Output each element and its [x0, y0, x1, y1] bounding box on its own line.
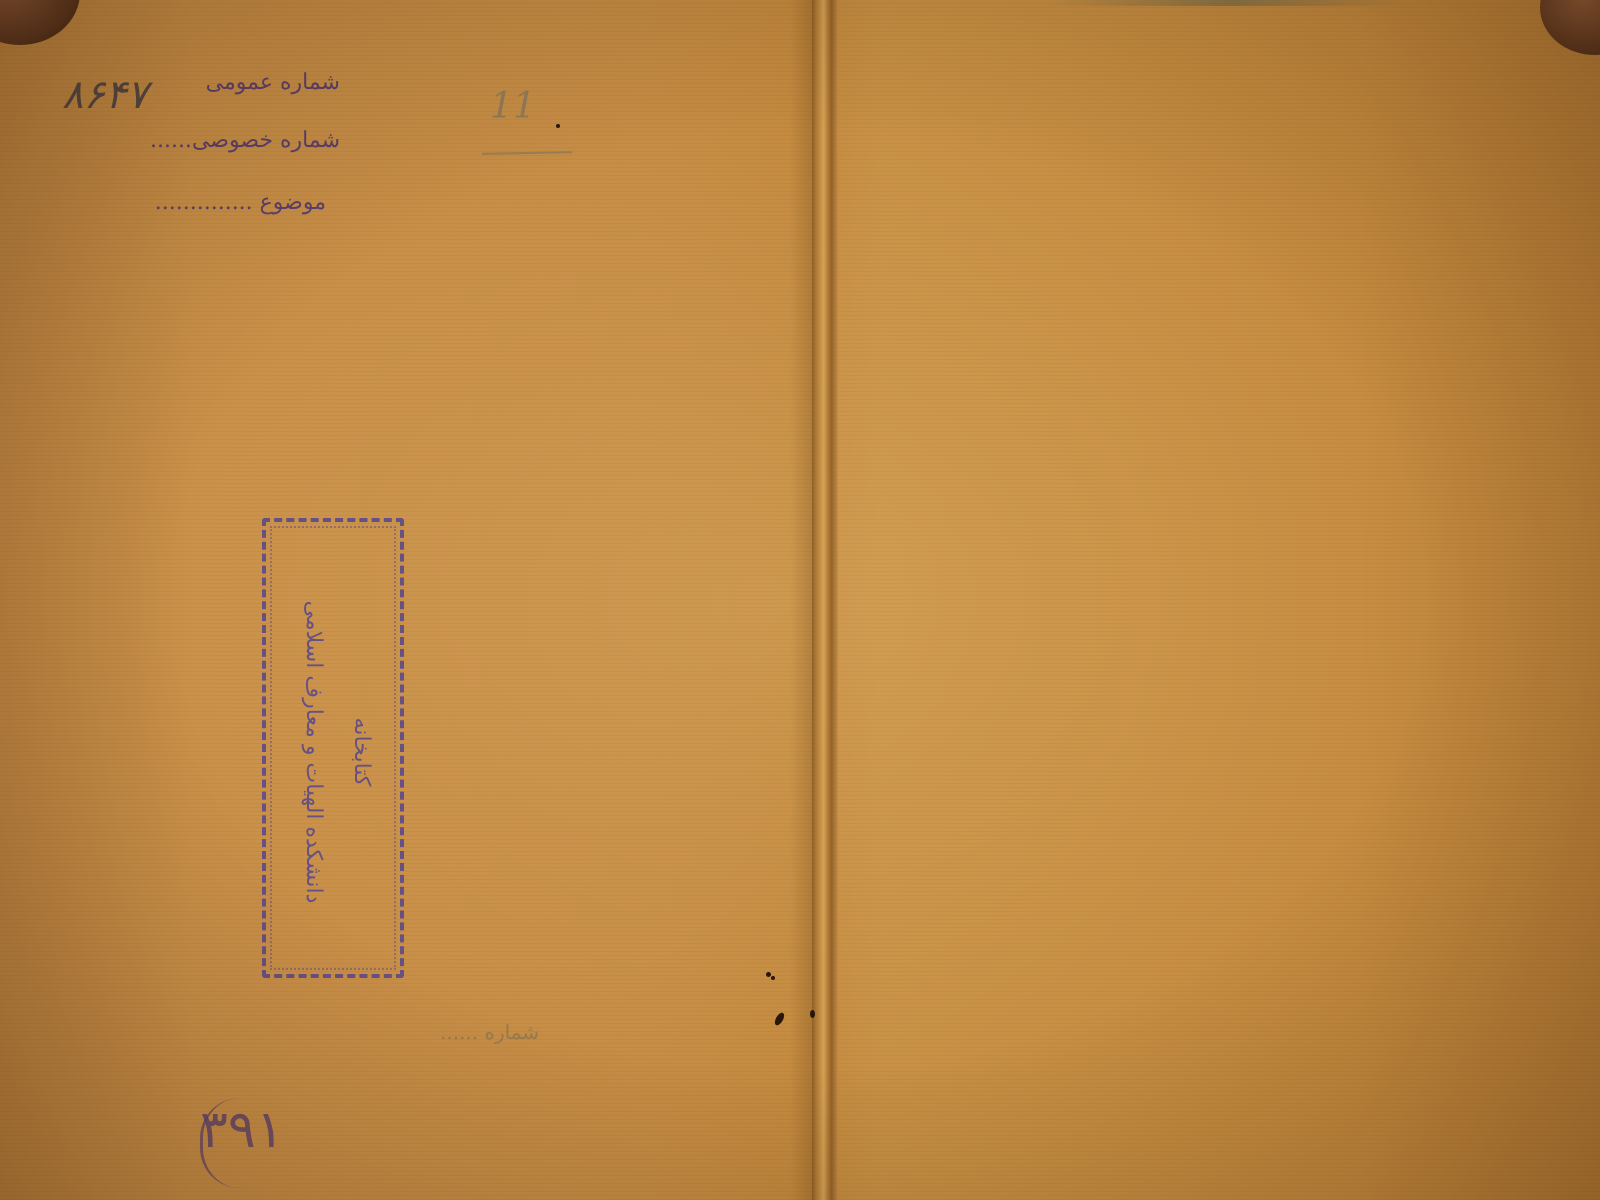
gutter-shadow [790, 0, 814, 1200]
stamp-line-library: کتابخانه [337, 718, 385, 787]
faint-show-through-lower: شماره ...... [440, 1020, 539, 1044]
top-edge-strip [1050, 0, 1410, 6]
ink-speck [773, 1011, 786, 1027]
subject-label: موضوع .............. [108, 190, 326, 215]
thumb-top-left [0, 0, 80, 45]
library-stamp: کتابخانه دانشکده الهیات و معارف اسلامی [262, 518, 404, 978]
bottom-handwritten-number: ۳۹۱ [200, 1100, 284, 1160]
left-page: شماره عمومی ۸۶۴۷ شماره خصوصی...... موضوع… [0, 0, 818, 1200]
stamp-line-faculty: دانشکده الهیات و معارف اسلامی [289, 601, 337, 904]
private-number-text: شماره خصوصی [192, 128, 340, 153]
private-number-label: شماره خصوصی...... [112, 128, 340, 153]
subject-text: موضوع [260, 190, 326, 215]
ink-speck [810, 1010, 815, 1018]
book-spread: شماره عمومی ۸۶۴۷ شماره خصوصی...... موضوع… [0, 0, 1600, 1200]
right-page [830, 0, 1600, 1200]
private-number-dots: ...... [150, 128, 192, 153]
stamp-text-block: کتابخانه دانشکده الهیات و معارف اسلامی [266, 522, 408, 982]
general-number-value: ۸۶۴۷ [62, 72, 148, 118]
pencil-underline [482, 151, 572, 155]
general-number-text: شماره عمومی [206, 70, 340, 95]
ink-speck [556, 124, 560, 128]
subject-dots: .............. [155, 190, 253, 215]
pencil-page-mark: 11 [490, 86, 536, 127]
ink-speck [771, 976, 775, 980]
